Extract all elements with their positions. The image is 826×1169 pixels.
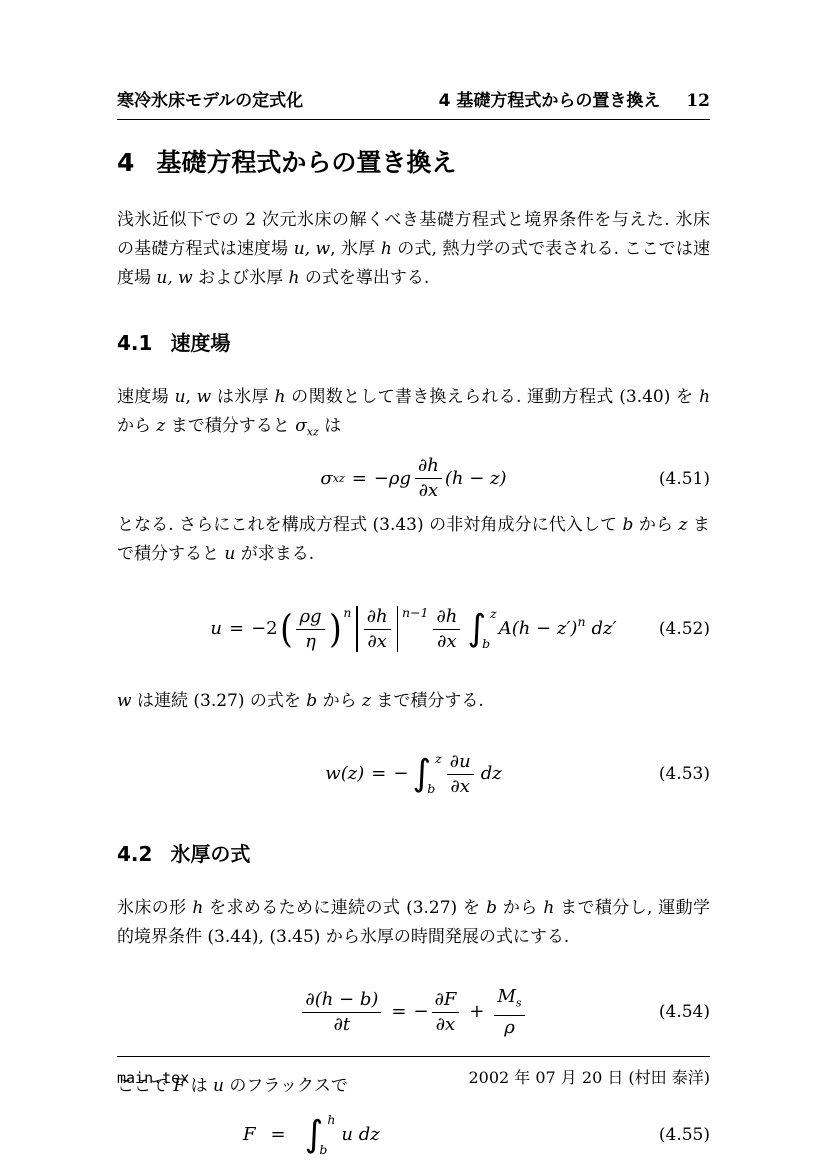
integrand: A(h − z′) — [499, 618, 578, 640]
page-content: 寒冷氷床モデルの定式化 4 基礎方程式からの置き換え 12 4 基礎方程式からの… — [117, 86, 710, 1163]
variable-F: F — [243, 1124, 256, 1146]
integral-upper-bound: z — [490, 606, 497, 620]
abs-bar-right — [397, 606, 398, 652]
equation-4-51-body: σxz = −ρg ∂h ∂x (h − z) — [320, 456, 506, 501]
section-number: 4 — [117, 148, 134, 178]
integral-lower-bound: b — [427, 783, 442, 797]
equation-4-53: w(z) = − ∫ z b ∂u ∂x dz (4.53) — [117, 744, 710, 804]
subsection-title: 氷厚の式 — [170, 842, 250, 866]
header-section-title: 4 基礎方程式からの置き換え — [439, 86, 661, 111]
integral: ∫ z b — [412, 751, 441, 797]
exponent-n: n — [577, 611, 585, 633]
fraction-dhdx: ∂h ∂x — [415, 456, 442, 501]
integral-upper-bound: h — [327, 1112, 335, 1126]
equals-sign: = — [352, 468, 367, 490]
left-paren: ( — [280, 610, 293, 648]
sigma-subscript: xz — [333, 468, 345, 490]
fraction-dudx: ∂u ∂x — [447, 752, 474, 797]
variable-u: u — [210, 618, 222, 640]
exponent-n-minus-1: n−1 — [402, 602, 428, 624]
fraction-dhdx-abs: ∂h ∂x — [364, 607, 391, 652]
equation-number: (4.52) — [659, 618, 710, 640]
footer-filename: main.tex — [117, 1069, 189, 1087]
equation-4-54: ∂(h − b) ∂t = − ∂F ∂x + Ms ρ (4.54) — [117, 980, 710, 1044]
paragraph-velocity-3: w は連続 (3.27) の式を b から z まで積分する. — [117, 687, 710, 716]
subsection-number: 4.1 — [117, 331, 152, 355]
footer-date-author: 2002 年 07 月 20 日 (村田 泰洋) — [468, 1065, 710, 1088]
plus-sign: + — [469, 1001, 484, 1023]
integrand-u-dz: u dz — [341, 1124, 379, 1146]
equation-number: (4.54) — [659, 1001, 710, 1023]
equation-4-55-body: F = ∫ h b u dz — [243, 1112, 380, 1158]
section-heading-4: 4 基礎方程式からの置き換え — [117, 148, 710, 178]
fraction-dhb-dt: ∂(h − b) ∂t — [302, 990, 381, 1035]
subsection-number: 4.2 — [117, 842, 152, 866]
fraction-dhdx: ∂h ∂x — [433, 607, 460, 652]
fraction-Ms-over-rho: Ms ρ — [494, 987, 524, 1039]
equals-sign: = — [229, 618, 244, 640]
coefficient: −2 — [251, 618, 278, 640]
subsection-heading-4-2: 4.2 氷厚の式 — [117, 842, 710, 866]
fraction-dFdx: ∂F ∂x — [432, 990, 460, 1035]
paragraph-velocity-1: 速度場 u, w は氷厚 h の関数として書き換えられる. 運動方程式 (3.4… — [117, 383, 710, 446]
exponent-n: n — [343, 602, 351, 624]
section-title: 基礎方程式からの置き換え — [156, 148, 456, 178]
variable-M: M — [497, 986, 515, 1007]
variable-w-of-z: w(z) — [325, 763, 364, 785]
integral-upper-bound: z — [435, 751, 442, 765]
equation-4-53-body: w(z) = − ∫ z b ∂u ∂x dz — [325, 751, 501, 797]
running-header: 寒冷氷床モデルの定式化 4 基礎方程式からの置き換え 12 — [117, 86, 710, 120]
minus-sign: − — [393, 763, 408, 785]
paragraph-thickness-1: 氷床の形 h を求めるために連続の式 (3.27) を b から h まで積分し… — [117, 894, 710, 952]
differential-dz-prime: dz′ — [592, 618, 617, 640]
equation-4-52: u = −2 ( ρg η ) n ∂h ∂x n−1 ∂h — [117, 599, 710, 659]
integral-lower-bound: b — [319, 1144, 335, 1158]
subsection-title: 速度場 — [170, 331, 230, 355]
minus-sign: − — [414, 1001, 429, 1023]
page-footer: main.tex 2002 年 07 月 20 日 (村田 泰洋) — [117, 1056, 710, 1088]
integral-lower-bound: b — [482, 638, 497, 652]
integral: ∫ z b — [467, 606, 496, 652]
integral: ∫ h b — [305, 1112, 336, 1158]
right-paren: ) — [329, 610, 342, 648]
paragraph-velocity-2: となる. さらにこれを構成方程式 (3.43) の非対角成分に代入して b から… — [117, 511, 710, 569]
equals-sign: = — [391, 1001, 406, 1023]
header-page-number: 12 — [686, 91, 710, 111]
equals-sign: = — [371, 763, 386, 785]
equation-number: (4.55) — [659, 1124, 710, 1146]
fraction-rho-g-over-eta: ρg η — [296, 607, 324, 652]
abs-bar-left — [356, 606, 357, 652]
header-right-group: 4 基礎方程式からの置き換え 12 — [439, 86, 710, 111]
equation-4-51: σxz = −ρg ∂h ∂x (h − z) (4.51) — [117, 456, 710, 501]
factor-h-minus-z: (h − z) — [445, 468, 507, 490]
subscript-s: s — [516, 996, 522, 1009]
equation-4-52-body: u = −2 ( ρg η ) n ∂h ∂x n−1 ∂h — [210, 606, 616, 652]
subsection-heading-4-1: 4.1 速度場 — [117, 331, 710, 355]
equation-number: (4.51) — [659, 468, 710, 490]
differential-dz: dz — [481, 763, 502, 785]
equation-4-54-body: ∂(h − b) ∂t = − ∂F ∂x + Ms ρ — [299, 987, 527, 1039]
intro-paragraph: 浅氷近似下での 2 次元氷床の解くべき基礎方程式と境界条件を与えた. 氷床の基礎… — [117, 206, 710, 293]
equation-4-55: F = ∫ h b u dz (4.55) — [117, 1107, 710, 1163]
equation-number: (4.53) — [659, 763, 710, 785]
header-document-title: 寒冷氷床モデルの定式化 — [117, 86, 303, 111]
equals-sign: = — [271, 1124, 286, 1146]
coefficient: −ρg — [374, 468, 411, 490]
document-page: 寒冷氷床モデルの定式化 4 基礎方程式からの置き換え 12 4 基礎方程式からの… — [0, 0, 826, 1169]
sigma-symbol: σ — [320, 468, 332, 490]
